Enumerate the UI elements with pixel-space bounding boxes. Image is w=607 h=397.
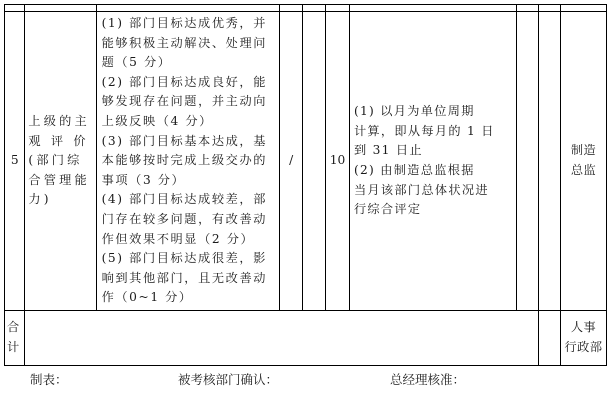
table-row: 5 上级的主 观 评 价 (部门综 合管理能 力) (1) 部门目标达成优秀，并…: [5, 12, 607, 311]
blank-cell: [538, 12, 560, 311]
gm-approve-label: 总经理核准：: [390, 370, 465, 388]
blank-cell: [538, 311, 560, 366]
total-row: 合 计 人事 行政部: [5, 311, 607, 366]
weight-cell: /: [280, 12, 303, 311]
scoring-standard: (1) 部门目标达成优秀，并 能够积极主动解决、处理问 题（5 分） (2) 部…: [96, 12, 280, 311]
prepared-by-label: 制表：: [30, 370, 68, 388]
blank-cell: [517, 12, 539, 311]
calculation-method: (1) 以月为单位周期 计算，即从每月的 1 日 到 31 日止 (2) 由制造…: [349, 12, 516, 311]
table-top-row-fragment: [5, 5, 607, 12]
total-label: 合 计: [5, 311, 25, 366]
dept-confirm-label: 被考核部门确认：: [178, 370, 278, 388]
assessment-table: 5 上级的主 观 评 价 (部门综 合管理能 力) (1) 部门目标达成优秀，并…: [4, 4, 607, 366]
total-responsible-dept: 人事 行政部: [561, 311, 607, 366]
row-number: 5: [5, 12, 25, 311]
assessment-item: 上级的主 观 评 价 (部门综 合管理能 力): [25, 12, 96, 311]
score-cell: 10: [326, 12, 350, 311]
total-value: [25, 311, 538, 366]
responsible-dept: 制造 总监: [561, 12, 607, 311]
blank-cell: [303, 12, 326, 311]
